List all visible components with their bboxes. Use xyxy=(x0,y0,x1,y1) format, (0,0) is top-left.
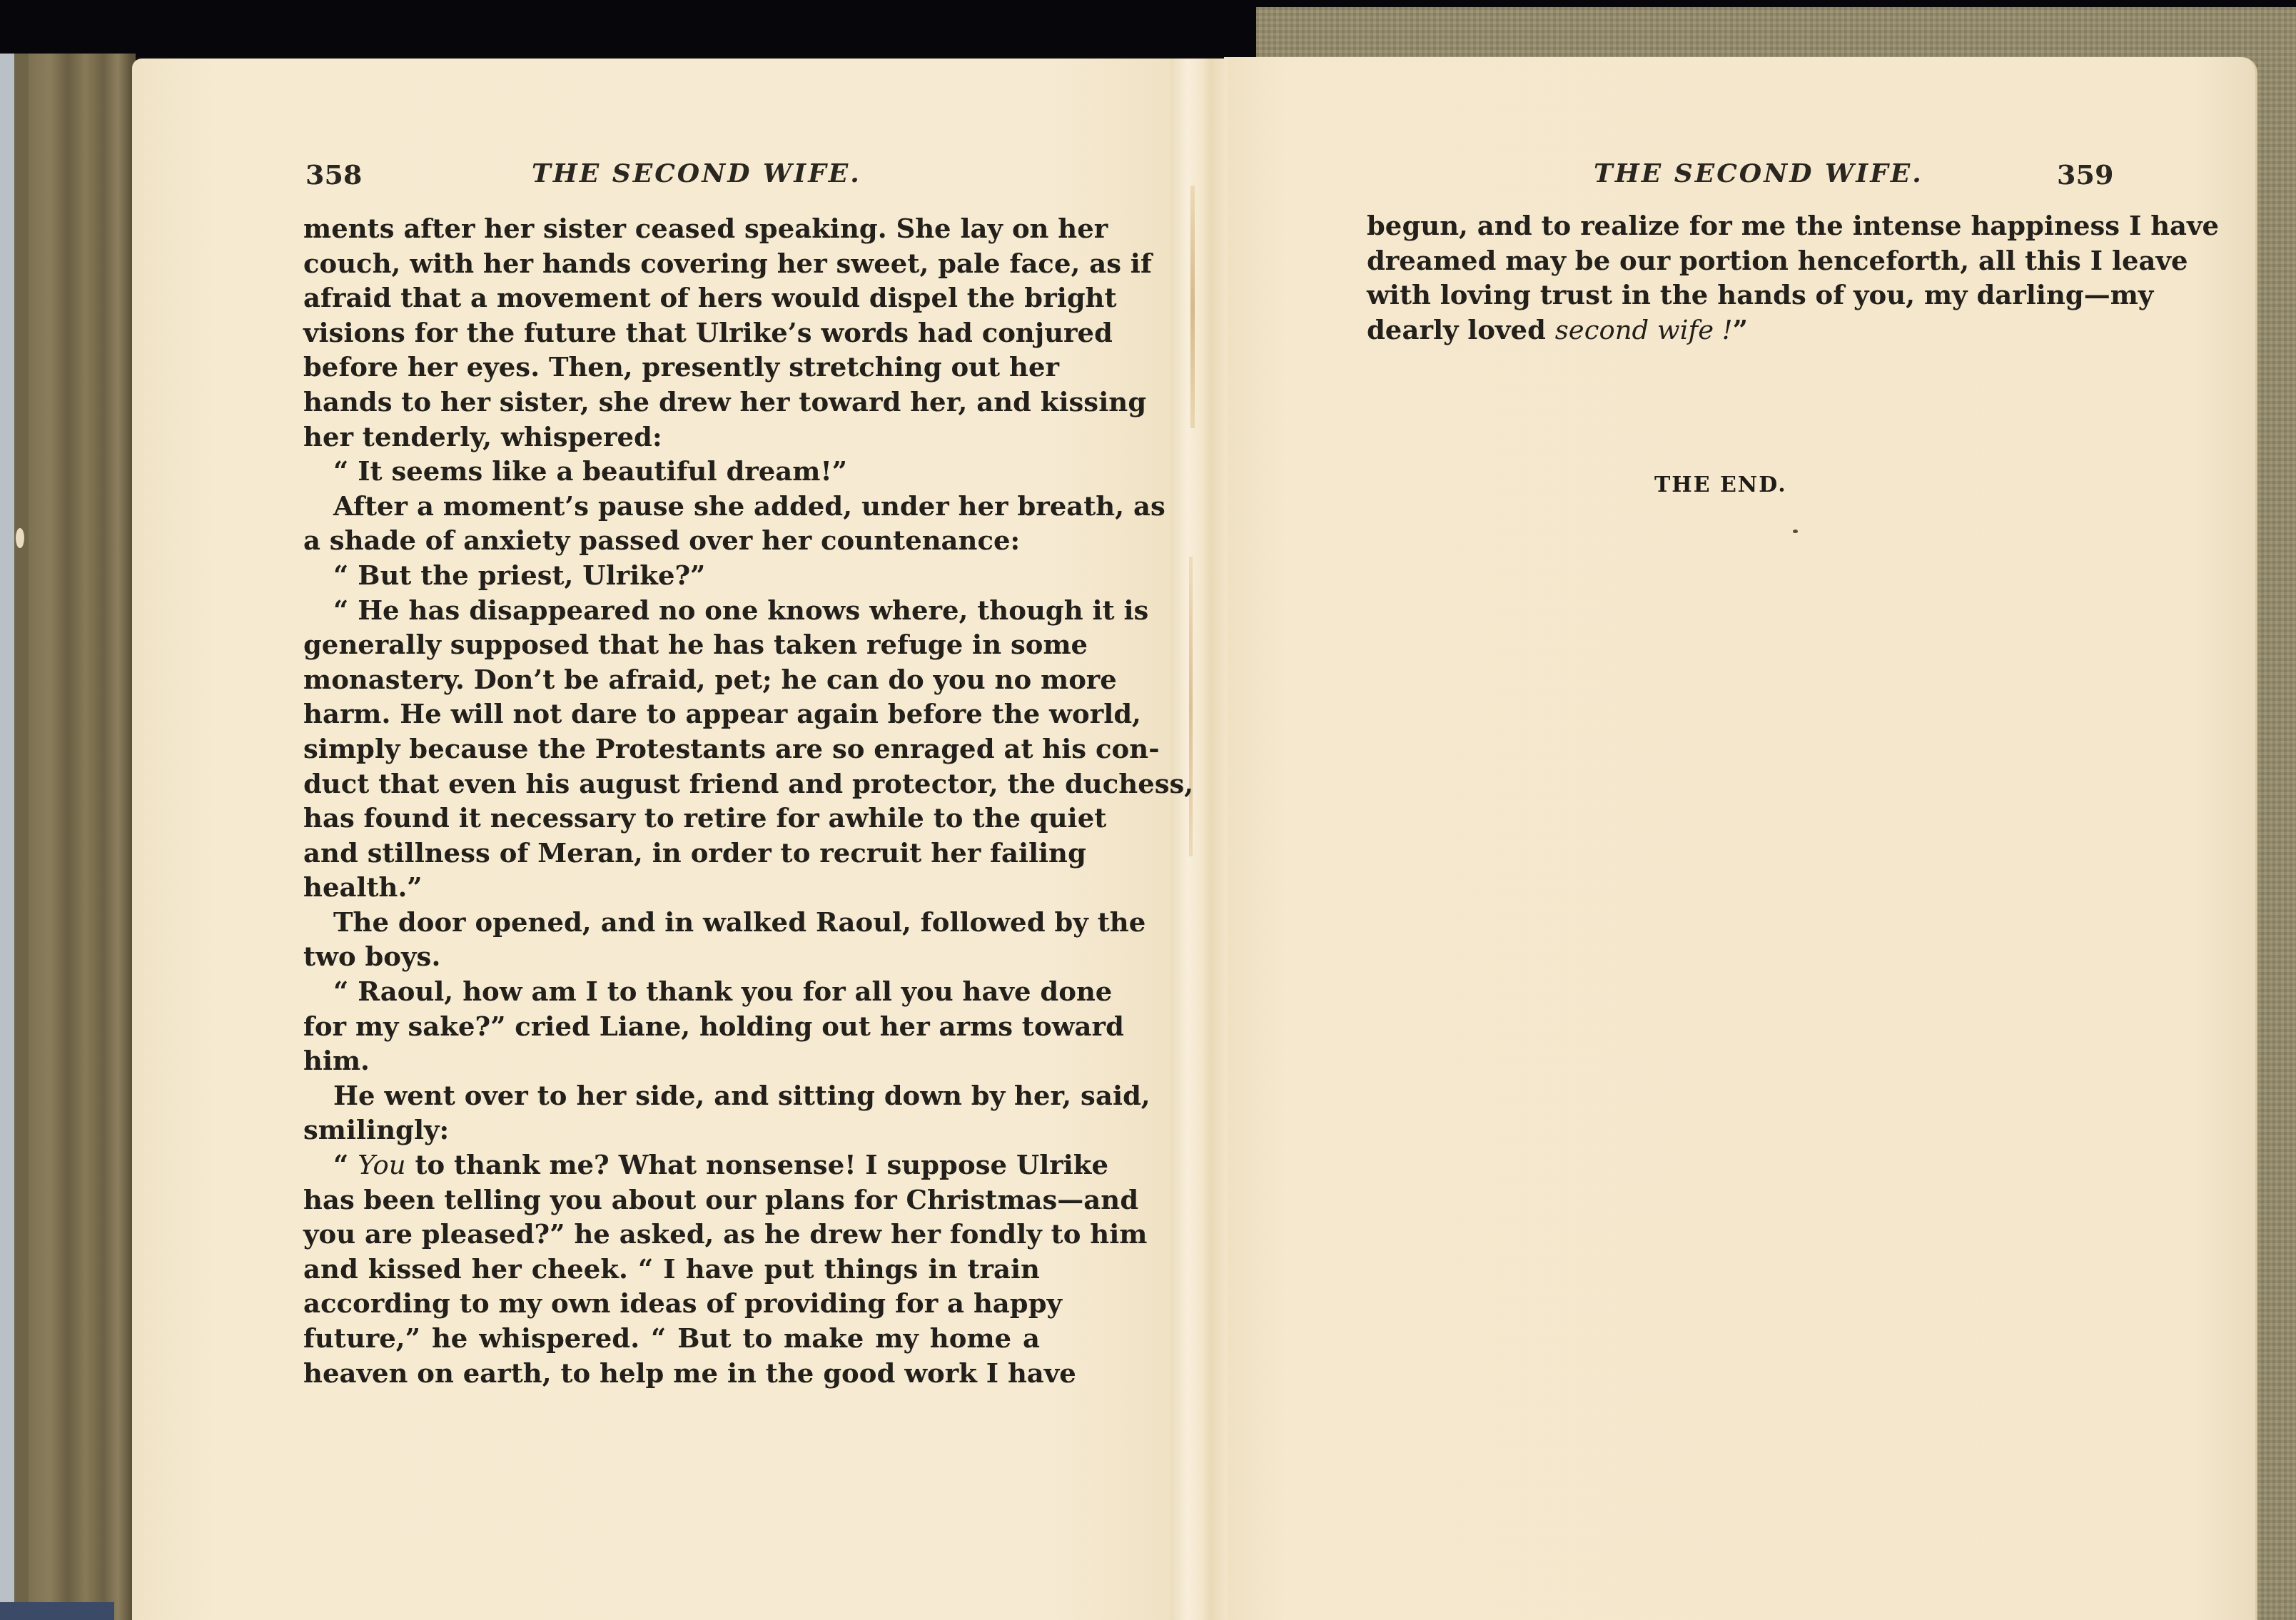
text-line: harm. He will not dare to appear again b… xyxy=(303,697,1040,731)
text-line: “ But the priest, Ulrike?” xyxy=(303,558,1040,593)
text-line: you are pleased?” he asked, as he drew h… xyxy=(303,1217,1040,1252)
left-running-head: THE SECOND WIFE. xyxy=(532,158,861,188)
book-gutter xyxy=(1170,59,1228,1620)
text-line: a shade of anxiety passed over her count… xyxy=(303,523,1040,558)
left-page-number: 358 xyxy=(305,158,362,191)
text-line: “ He has disappeared no one knows where,… xyxy=(303,593,1040,628)
page-block-edge xyxy=(0,54,136,1620)
gutter-stain xyxy=(1189,557,1193,856)
text-line: duct that even his august friend and pro… xyxy=(303,766,1040,801)
text-line: couch, with her hands covering her sweet… xyxy=(303,246,1040,281)
italic-emphasis: You xyxy=(358,1150,405,1180)
text-line: After a moment’s pause she added, under … xyxy=(303,489,1040,524)
the-end-heading: THE END. xyxy=(1654,472,1787,497)
text-line: The door opened, and in walked Raoul, fo… xyxy=(303,905,1040,940)
text-line: for my sake?” cried Liane, holding out h… xyxy=(303,1009,1040,1044)
text-line: according to my own ideas of providing f… xyxy=(303,1286,1040,1321)
text-line: future,” he whispered. “ But to make my … xyxy=(303,1321,1040,1356)
scan-background-bottom xyxy=(0,1602,114,1620)
text-line: heaven on earth, to help me in the good … xyxy=(303,1356,1040,1391)
paper-spot xyxy=(1793,530,1798,533)
page-tab-mark xyxy=(16,528,24,548)
right-running-head: THE SECOND WIFE. xyxy=(1594,158,1923,188)
left-page-body: ments after her sister ceased speaking. … xyxy=(303,211,1040,1390)
text-line: has been telling you about our plans for… xyxy=(303,1183,1040,1217)
text-line: with loving trust in the hands of you, m… xyxy=(1367,278,2102,313)
text-line: “ You to thank me? What nonsense! I supp… xyxy=(303,1148,1040,1183)
text-line: dreamed may be our portion henceforth, a… xyxy=(1367,243,2102,278)
text-line: ments after her sister ceased speaking. … xyxy=(303,211,1040,246)
text-line: health.” xyxy=(303,870,1040,905)
text-line: and stillness of Meran, in order to recr… xyxy=(303,836,1040,871)
text-line: her tenderly, whispered: xyxy=(303,420,1040,455)
text-line: smilingly: xyxy=(303,1113,1040,1148)
text-line: “ Raoul, how am I to thank you for all y… xyxy=(303,974,1040,1009)
text-line: and kissed her cheek. “ I have put thing… xyxy=(303,1252,1040,1287)
text-line: “ It seems like a beautiful dream!” xyxy=(303,454,1040,489)
italic-emphasis: second wife ! xyxy=(1555,315,1733,345)
gutter-stain xyxy=(1190,186,1195,428)
text-line: visions for the future that Ulrike’s wor… xyxy=(303,315,1040,350)
text-line: hands to her sister, she drew her toward… xyxy=(303,385,1040,420)
right-page-number: 359 xyxy=(2057,158,2113,191)
right-page-body: begun, and to realize for me the intense… xyxy=(1367,208,2102,347)
text-line: has found it necessary to retire for awh… xyxy=(303,801,1040,836)
text-line: simply because the Protestants are so en… xyxy=(303,731,1040,766)
text-line: two boys. xyxy=(303,939,1040,974)
text-line: before her eyes. Then, presently stretch… xyxy=(303,350,1040,385)
text-line: dearly loved second wife !” xyxy=(1367,313,2102,348)
text-line: begun, and to realize for me the intense… xyxy=(1367,208,2102,243)
text-line: afraid that a movement of hers would dis… xyxy=(303,280,1040,315)
text-line: He went over to her side, and sitting do… xyxy=(303,1078,1040,1113)
text-line: generally supposed that he has taken ref… xyxy=(303,627,1040,662)
text-line: him. xyxy=(303,1043,1040,1078)
text-line: monastery. Don’t be afraid, pet; he can … xyxy=(303,662,1040,697)
